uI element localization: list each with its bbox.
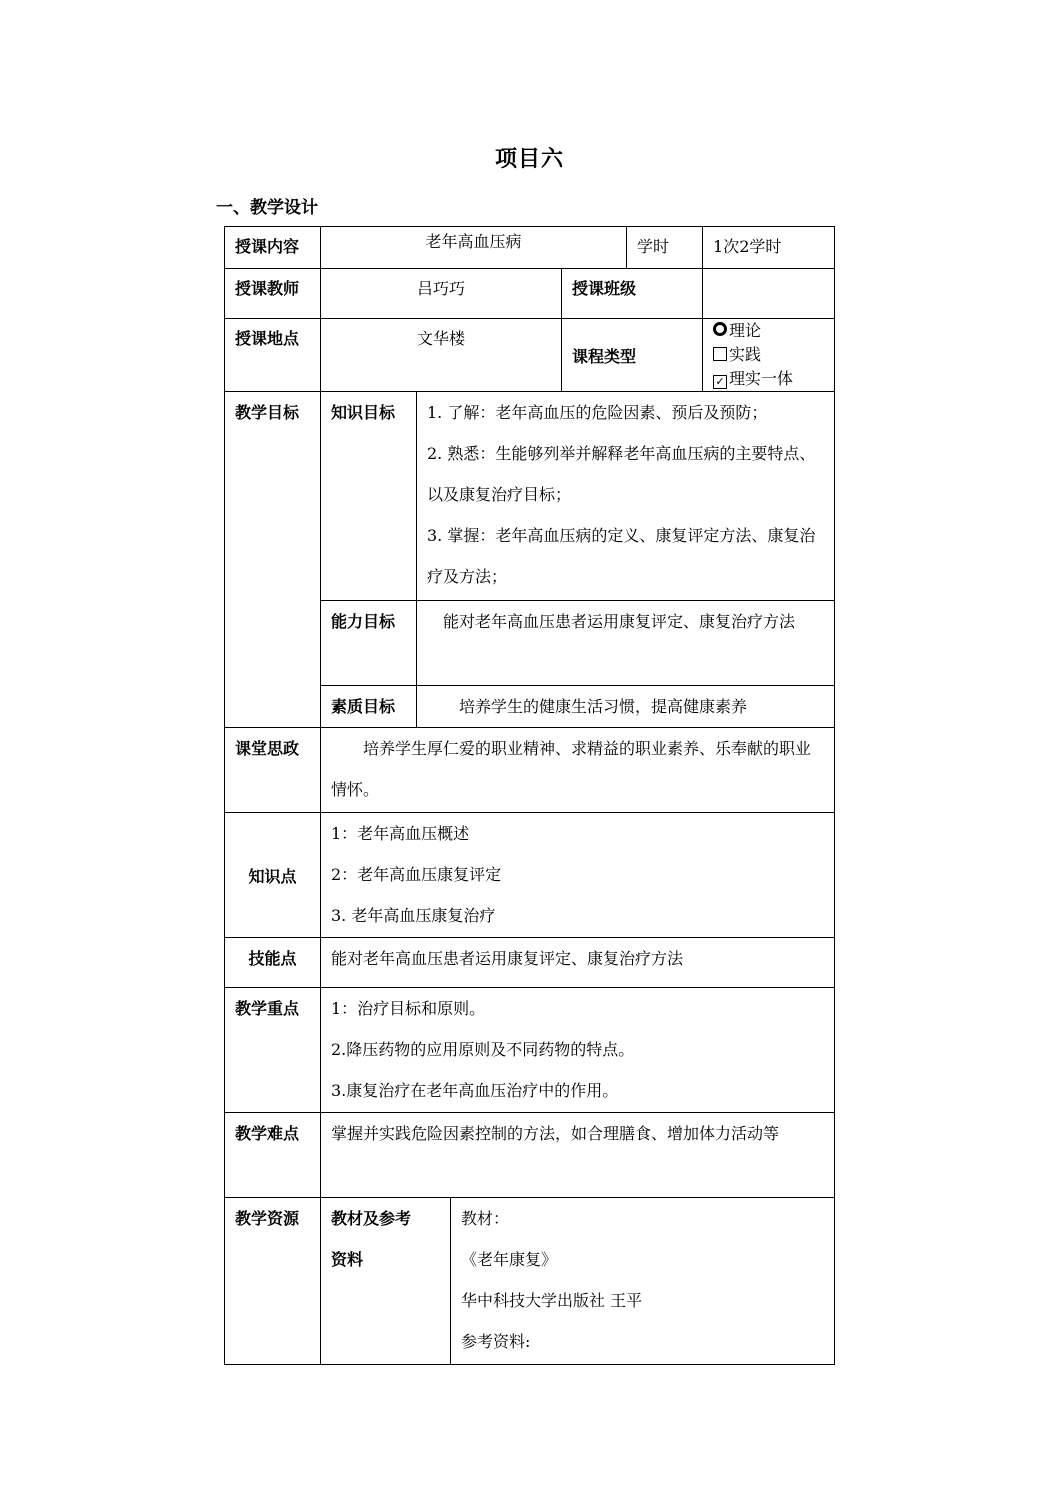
label-skill-points: 技能点 (225, 938, 321, 988)
list-item: 3.康复治疗在老年高血压治疗中的作用。 (331, 1070, 824, 1111)
teaching-design-table: 授课内容 老年高血压病 学时 1次2学时 授课教师 吕巧巧 授课班级 授课地点 … (224, 226, 835, 1365)
ability-objective-text: 能对老年高血压患者运用康复评定、康复治疗方法 (417, 601, 835, 686)
row-knowledge-points: 知识点 1：老年高血压概述 2：老年高血压康复评定 3. 老年高血压康复治疗 (225, 813, 835, 938)
label-content: 授课内容 (225, 227, 321, 269)
label-knowledge-points: 知识点 (225, 813, 321, 938)
row-resources: 教学资源 教材及参考资料 教材： 《老年康复》 华中科技大学出版社 王平 参考资… (225, 1198, 835, 1365)
course-type-options: 理论 实践 ✓理实一体 (703, 319, 835, 392)
label-knowledge-objective: 知识目标 (321, 392, 417, 601)
label-ability-objective: 能力目标 (321, 601, 417, 686)
list-item: 2：老年高血压康复评定 (331, 854, 824, 895)
materials-list: 教材： 《老年康复》 华中科技大学出版社 王平 参考资料: (451, 1198, 835, 1365)
radio-selected-icon (713, 322, 727, 336)
quality-objective-text: 培养学生的健康生活习惯，提高健康素养 (417, 686, 835, 728)
list-item: 1：老年高血压概述 (331, 813, 824, 854)
row-objectives-knowledge: 教学目标 知识目标 1. 了解：老年高血压的危险因素、预后及预防； 2. 熟悉：… (225, 392, 835, 601)
label-objectives: 教学目标 (225, 392, 321, 728)
option-theory: 理论 (713, 319, 824, 343)
label-location: 授课地点 (225, 319, 321, 392)
skill-points-text: 能对老年高血压患者运用康复评定、康复治疗方法 (321, 938, 835, 988)
difficulties-text: 掌握并实践危险因素控制的方法，如合理膳食、增加体力活动等 (321, 1113, 835, 1198)
value-content: 老年高血压病 (321, 227, 627, 269)
checkbox-empty-icon (713, 347, 727, 361)
label-ideology: 课堂思政 (225, 728, 321, 813)
label-quality-objective: 素质目标 (321, 686, 417, 728)
option-practice: 实践 (713, 343, 824, 367)
label-course-type: 课程类型 (562, 319, 703, 392)
list-item: 参考资料: (461, 1321, 824, 1362)
knowledge-points-list: 1：老年高血压概述 2：老年高血压康复评定 3. 老年高血压康复治疗 (321, 813, 835, 938)
key-points-list: 1：治疗目标和原则。 2.降压药物的应用原则及不同药物的特点。 3.康复治疗在老… (321, 988, 835, 1113)
row-content: 授课内容 老年高血压病 学时 1次2学时 (225, 227, 835, 269)
row-ideology: 课堂思政 培养学生厚仁爱的职业精神、求精益的职业素养、乐奉献的职业情怀。 (225, 728, 835, 813)
label-key-points: 教学重点 (225, 988, 321, 1113)
row-teacher: 授课教师 吕巧巧 授课班级 (225, 269, 835, 319)
value-teacher: 吕巧巧 (321, 269, 562, 319)
list-item: 教材： (461, 1198, 824, 1239)
checkbox-checked-icon: ✓ (713, 375, 727, 389)
ideology-text: 培养学生厚仁爱的职业精神、求精益的职业素养、乐奉献的职业情怀。 (321, 728, 835, 813)
label-class: 授课班级 (562, 269, 703, 319)
label-hours: 学时 (627, 227, 703, 269)
value-hours: 1次2学时 (703, 227, 835, 269)
value-class (703, 269, 835, 319)
list-item: 华中科技大学出版社 王平 (461, 1280, 824, 1321)
option-integrated: ✓理实一体 (713, 367, 824, 391)
list-item: 3. 老年高血压康复治疗 (331, 895, 824, 936)
label-resources: 教学资源 (225, 1198, 321, 1365)
row-skill-points: 技能点 能对老年高血压患者运用康复评定、康复治疗方法 (225, 938, 835, 988)
label-teacher: 授课教师 (225, 269, 321, 319)
list-item: 2.降压药物的应用原则及不同药物的特点。 (331, 1029, 824, 1070)
row-location: 授课地点 文华楼 课程类型 理论 实践 ✓理实一体 (225, 319, 835, 392)
label-materials: 教材及参考资料 (321, 1198, 451, 1365)
list-item: 1：治疗目标和原则。 (331, 988, 824, 1029)
knowledge-objective-text: 1. 了解：老年高血压的危险因素、预后及预防； 2. 熟悉：生能够列举并解释老年… (417, 392, 835, 601)
row-key-points: 教学重点 1：治疗目标和原则。 2.降压药物的应用原则及不同药物的特点。 3.康… (225, 988, 835, 1113)
row-difficulties: 教学难点 掌握并实践危险因素控制的方法，如合理膳食、增加体力活动等 (225, 1113, 835, 1198)
list-item: 《老年康复》 (461, 1239, 824, 1280)
value-location: 文华楼 (321, 319, 562, 392)
page-title: 项目六 (0, 142, 1059, 173)
label-difficulties: 教学难点 (225, 1113, 321, 1198)
section-heading: 一、教学设计 (216, 193, 318, 218)
